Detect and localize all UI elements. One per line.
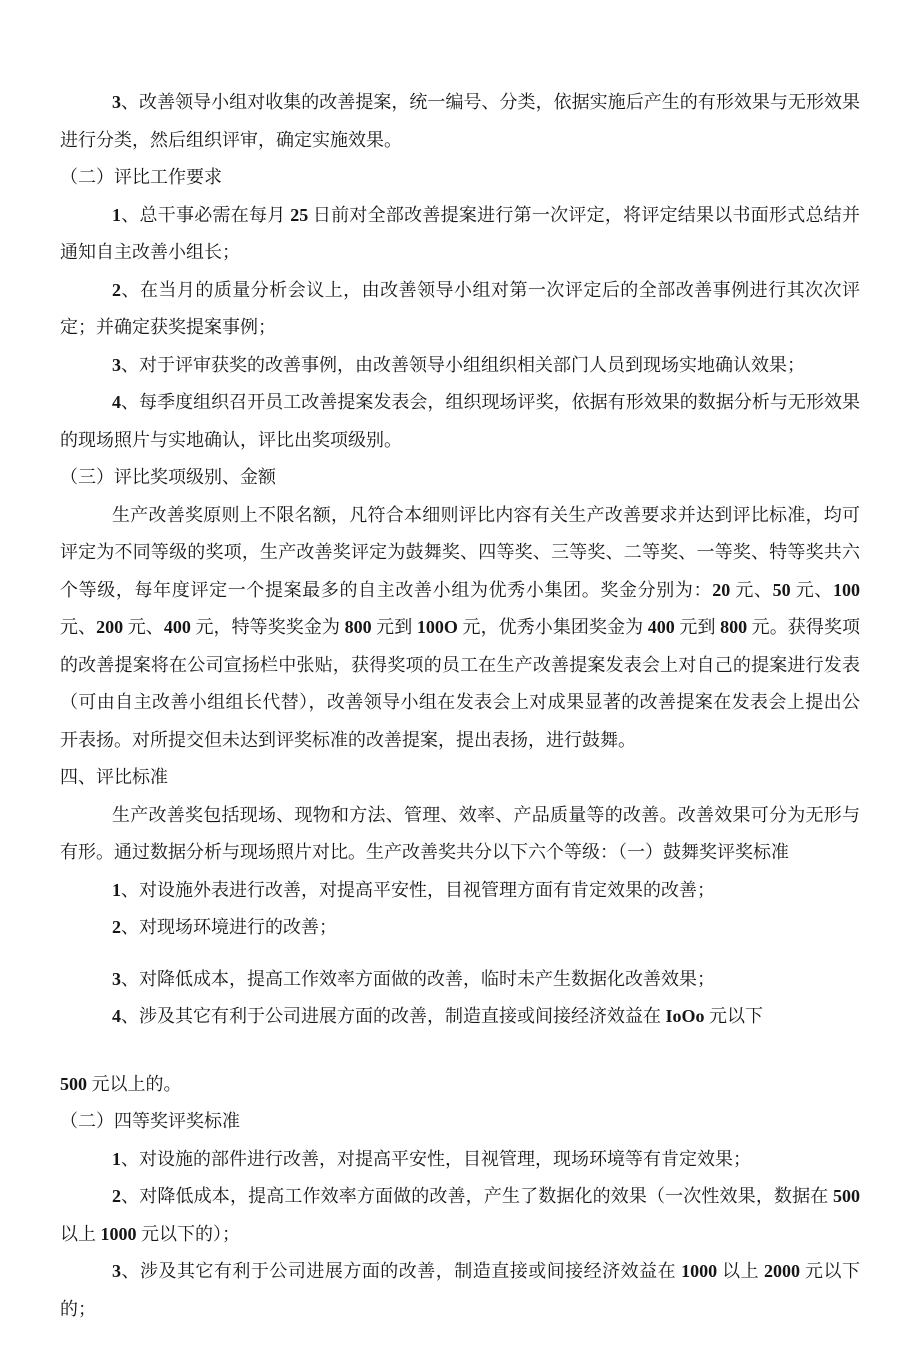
text-run: 元、: [791, 580, 833, 600]
bold-text-run: 2: [112, 1186, 121, 1206]
bold-text-run: 100O: [417, 617, 458, 637]
text-run: 元到: [675, 617, 720, 637]
list-item-quarterly-presentation: 4、每季度组织召开员工改善提案发表会，组织现场评奖，依据有形效果的数据分析与无形…: [60, 384, 860, 459]
bold-text-run: 3: [112, 92, 121, 112]
list-item-encourage-3: 3、对降低成本，提高工作效率方面做的改善，临时未产生数据化改善效果；: [60, 961, 860, 999]
text-run: （三）评比奖项级别、金额: [60, 467, 276, 487]
text-run: 元到: [372, 617, 417, 637]
body-paragraph-award-amounts: 生产改善奖原则上不限名额，凡符合本细则评比内容有关生产改善要求并达到评比标准，均…: [60, 497, 860, 760]
text-run: （二）评比工作要求: [60, 167, 222, 187]
text-run: 元、: [730, 580, 772, 600]
text-run: 、每季度组织召开员工改善提案发表会，组织现场评奖，依据有形效果的数据分析与无形效…: [60, 392, 860, 450]
list-item-fourth-3: 3、涉及其它有利于公司进展方面的改善，制造直接或间接经济效益在 1000 以上 …: [60, 1253, 860, 1328]
section-heading-award-levels-amounts: （三）评比奖项级别、金额: [60, 459, 860, 497]
text-run: 、对于评审获奖的改善事例，由改善领导小组组织相关部门人员到现场实地确认效果；: [121, 355, 805, 375]
bold-text-run: 1000: [101, 1224, 137, 1244]
bold-text-run: 25: [290, 205, 308, 225]
bold-text-run: 400: [648, 617, 675, 637]
text-run: 、涉及其它有利于公司进展方面的改善，制造直接或间接经济效益在: [121, 1006, 666, 1026]
text-run: 、改善领导小组对收集的改善提案，统一编号、分类，依据实施后产生的有形效果与无形效…: [60, 92, 860, 150]
text-run: 元、: [60, 617, 96, 637]
text-run: 、涉及其它有利于公司进展方面的改善，制造直接或间接经济效益在: [121, 1261, 681, 1281]
bold-text-run: 4: [112, 1006, 121, 1026]
bold-text-run: 3: [112, 1261, 121, 1281]
list-item-encourage-4: 4、涉及其它有利于公司进展方面的改善，制造直接或间接经济效益在 IoOo 元以下: [60, 998, 860, 1036]
list-item-encourage-2: 2、对现场环境进行的改善；: [60, 909, 860, 947]
bold-text-run: 1: [112, 205, 121, 225]
text-run: 、总干事必需在每月: [121, 205, 290, 225]
text-run: 元以下的）；: [137, 1224, 241, 1244]
list-item-onsite-confirmation: 3、对于评审获奖的改善事例，由改善领导小组组织相关部门人员到现场实地确认效果；: [60, 347, 860, 385]
text-run: 、对设施的部件进行改善，对提高平安性，目视管理，现场环境等有肯定效果；: [121, 1149, 751, 1169]
bold-text-run: 800: [345, 617, 372, 637]
text-run: 四、评比标准: [60, 767, 168, 787]
bold-text-run: 500: [60, 1074, 87, 1094]
list-item-fourth-2: 2、对降低成本，提高工作效率方面做的改善，产生了数据化的效果（一次性效果，数据在…: [60, 1178, 860, 1253]
section-heading-fourth-prize-criteria: （二）四等奖评奖标准: [60, 1103, 860, 1141]
bold-text-run: 50: [773, 580, 791, 600]
text-run: 以上: [717, 1261, 764, 1281]
bold-text-run: 100: [833, 580, 860, 600]
bold-text-run: 2000: [764, 1261, 800, 1281]
text-run: 生产改善奖包括现场、现物和方法、管理、效率、产品质量等的改善。改善效果可分为无形…: [60, 805, 860, 863]
bold-text-run: 3: [112, 969, 121, 989]
section-heading-review-work-requirements: （二）评比工作要求: [60, 159, 860, 197]
text-run: 、对降低成本，提高工作效率方面做的改善，临时未产生数据化改善效果；: [121, 969, 715, 989]
body-paragraph-500-and-above: 500 元以上的。: [60, 1066, 860, 1104]
list-item-first-evaluation: 1、总干事必需在每月 25 日前对全部改善提案进行第一次评定，将评定结果以书面形…: [60, 197, 860, 272]
document-page: 3、改善领导小组对收集的改善提案，统一编号、分类，依据实施后产生的有形效果与无形…: [0, 0, 920, 1368]
body-paragraph-criteria-overview: 生产改善奖包括现场、现物和方法、管理、效率、产品质量等的改善。改善效果可分为无形…: [60, 797, 860, 872]
bold-text-run: 800: [720, 617, 747, 637]
list-item-collect-proposals: 3、改善领导小组对收集的改善提案，统一编号、分类，依据实施后产生的有形效果与无形…: [60, 84, 860, 159]
bold-text-run: 2: [112, 280, 121, 300]
bold-text-run: IoOo: [666, 1006, 705, 1026]
text-run: 元以下: [705, 1006, 764, 1026]
bold-text-run: 1: [112, 1149, 121, 1169]
text-run: 、对降低成本，提高工作效率方面做的改善，产生了数据化的效果（一次性效果，数据在: [121, 1186, 833, 1206]
text-run: 元以上的。: [87, 1074, 182, 1094]
text-run: 、对现场环境进行的改善；: [121, 917, 337, 937]
text-run: 元、: [123, 617, 164, 637]
bold-text-run: 200: [96, 617, 123, 637]
bold-text-run: 400: [164, 617, 191, 637]
section-heading-evaluation-criteria: 四、评比标准: [60, 759, 860, 797]
bold-text-run: 20: [712, 580, 730, 600]
text-run: 、在当月的质量分析会议上，由改善领导小组对第一次评定后的全部改善事例进行其次次评…: [60, 280, 860, 338]
bold-text-run: 4: [112, 392, 121, 412]
text-run: 元，优秀小集团奖金为: [458, 617, 648, 637]
list-item-encourage-1: 1、对设施外表进行改善，对提高平安性，目视管理方面有肯定效果的改善；: [60, 872, 860, 910]
text-run: （二）四等奖评奖标准: [60, 1111, 240, 1131]
document-body: 3、改善领导小组对收集的改善提案，统一编号、分类，依据实施后产生的有形效果与无形…: [60, 84, 860, 1328]
bold-text-run: 1000: [681, 1261, 717, 1281]
bold-text-run: 3: [112, 355, 121, 375]
list-item-second-evaluation: 2、在当月的质量分析会议上，由改善领导小组对第一次评定后的全部改善事例进行其次次…: [60, 272, 860, 347]
bold-text-run: 500: [833, 1186, 860, 1206]
list-item-fourth-1: 1、对设施的部件进行改善，对提高平安性，目视管理，现场环境等有肯定效果；: [60, 1141, 860, 1179]
bold-text-run: 2: [112, 917, 121, 937]
text-run: 元，特等奖奖金为: [191, 617, 345, 637]
text-run: 、对设施外表进行改善，对提高平安性，目视管理方面有肯定效果的改善；: [121, 880, 715, 900]
text-run: 以上: [60, 1224, 101, 1244]
bold-text-run: 1: [112, 880, 121, 900]
